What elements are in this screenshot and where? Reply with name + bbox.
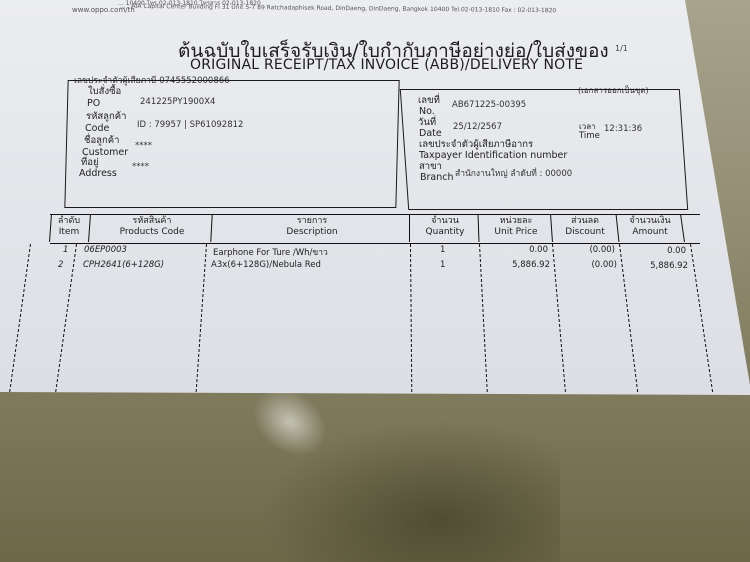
row-code: CPH2641(6+128G) bbox=[83, 260, 164, 270]
po-label-th: ใบสั่งซื้อ bbox=[88, 87, 121, 97]
row-amount: 5,886.92 bbox=[620, 261, 688, 271]
code-value: ID : 79957 | SP61092812 bbox=[137, 120, 243, 130]
col-item: ลำดับItem bbox=[52, 216, 86, 238]
date-value: 25/12/2567 bbox=[453, 122, 502, 132]
table-border bbox=[690, 244, 713, 392]
address-value: **** bbox=[132, 162, 149, 172]
row-description: A3x(6+128G)/Nebula Red bbox=[211, 260, 321, 270]
row-item: 2 bbox=[58, 260, 63, 270]
col-products-code: รหัสสินค้าProducts Code bbox=[92, 216, 212, 238]
address-label-en: Address bbox=[79, 169, 117, 179]
col-unit-price: หน่วยละUnit Price bbox=[480, 216, 552, 238]
row-item: 1 bbox=[63, 245, 68, 255]
customer-label-th: ชื่อลูกค้า bbox=[84, 136, 119, 146]
col-quantity: จำนวนQuantity bbox=[412, 216, 478, 238]
table-border bbox=[409, 214, 410, 242]
receipt-paper: ... 10400 โทร.02-013-1810 โทรสาร 02-013-… bbox=[0, 0, 750, 400]
document-number: AB671225-00395 bbox=[452, 100, 526, 110]
customer-value: **** bbox=[135, 141, 152, 151]
code-label-th: รหัสลูกค้า bbox=[86, 112, 126, 122]
po-value: 241225PY1900X4 bbox=[140, 97, 215, 107]
taxpayer-label-en: Taxpayer Identification number bbox=[419, 151, 567, 161]
time-value: 12:31:36 bbox=[604, 124, 642, 134]
title-english: ORIGINAL RECEIPT/TAX INVOICE (ABB)/DELIV… bbox=[190, 57, 583, 73]
row-amount: 0.00 bbox=[620, 246, 686, 256]
row-discount: (0.00) bbox=[553, 245, 615, 255]
col-description: รายการDescription bbox=[214, 216, 410, 238]
row-code: 06EP0003 bbox=[84, 245, 127, 255]
row-unit-price: 0.00 bbox=[480, 245, 548, 255]
address-label-th: ที่อยู่ bbox=[81, 158, 99, 168]
row-discount: (0.00) bbox=[553, 260, 617, 270]
po-label-en: PO bbox=[87, 99, 100, 109]
page-number: 1/1 bbox=[615, 44, 628, 53]
table-border bbox=[196, 244, 207, 392]
date-label-en: Date bbox=[419, 129, 442, 139]
no-label-th: เลขที่ bbox=[418, 96, 440, 106]
table-border bbox=[9, 244, 31, 392]
company-address: ... : AIA Capital Center Building Fl 31 … bbox=[120, 3, 556, 15]
row-quantity: 1 bbox=[440, 245, 445, 255]
no-label-en: No. bbox=[419, 107, 435, 117]
row-quantity: 1 bbox=[440, 260, 445, 270]
row-description: Earphone For Ture /Wh/ขาว bbox=[213, 245, 328, 259]
branch-label-en: Branch bbox=[420, 173, 454, 183]
col-amount: จำนวนเงินAmount bbox=[620, 216, 680, 238]
col-discount: ส่วนลดDiscount bbox=[553, 216, 617, 238]
branch-value: สำนักงานใหญ่ ลำดับที่ : 00000 bbox=[455, 166, 572, 180]
website: www.oppo.com/th bbox=[72, 6, 135, 14]
date-label-th: วันที่ bbox=[418, 118, 436, 128]
table-shadow bbox=[260, 420, 560, 562]
code-label-en: Code bbox=[85, 124, 109, 134]
row-unit-price: 5,886.92 bbox=[480, 260, 550, 270]
table-border bbox=[410, 244, 412, 392]
time-label-en: Time bbox=[579, 131, 600, 141]
branch-label-th: สาขา bbox=[419, 162, 442, 172]
taxpayer-label-th: เลขประจำตัวผู้เสียภาษีอากร bbox=[419, 140, 533, 150]
